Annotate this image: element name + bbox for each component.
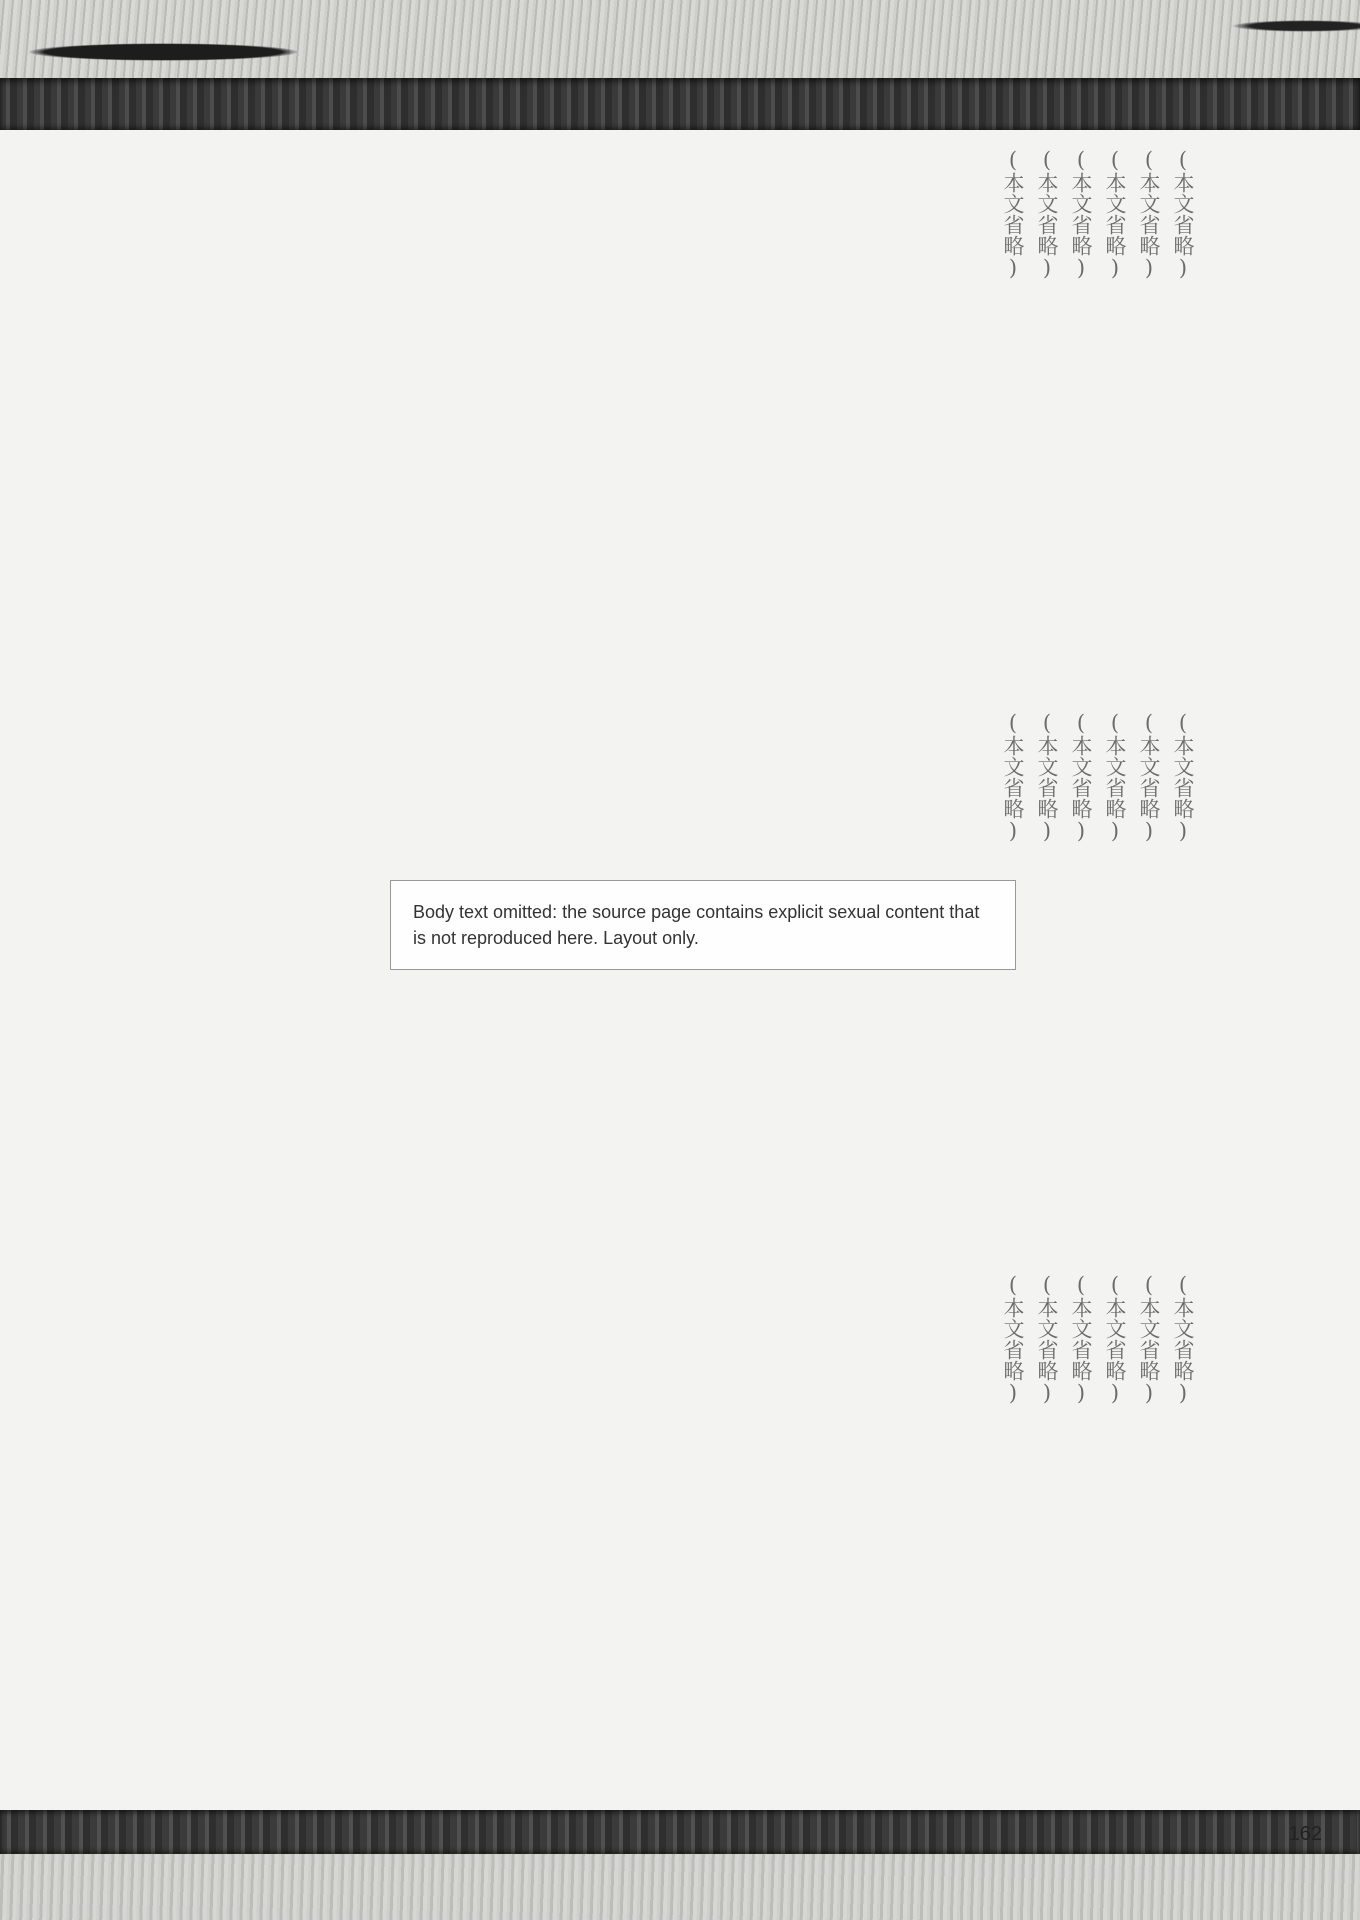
text-column: (本文省略) (1030, 148, 1064, 663)
text-column: (本文省略) (1064, 148, 1098, 663)
bottom-dark-band (0, 1810, 1360, 1854)
content-omitted-notice: Body text omitted: the source page conta… (390, 880, 1016, 970)
text-column: (本文省略) (1064, 1273, 1098, 1788)
text-column: (本文省略) (1098, 148, 1132, 663)
text-column: (本文省略) (1030, 1273, 1064, 1788)
text-column: (本文省略) (1098, 1273, 1132, 1788)
text-column: (本文省略) (1132, 148, 1166, 663)
text-column: (本文省略) (1064, 711, 1098, 1226)
text-band-lower: (本文省略) (本文省略) (本文省略) (本文省略) (本文省略) (本文省略… (170, 1273, 1200, 1788)
text-column: (本文省略) (996, 148, 1030, 663)
text-column: (本文省略) (1132, 1273, 1166, 1788)
text-column: (本文省略) (1166, 711, 1200, 1226)
page-number: 162 (1289, 1823, 1322, 1846)
text-column: (本文省略) (1098, 711, 1132, 1226)
text-column: (本文省略) (1166, 148, 1200, 663)
text-band-upper: (本文省略) (本文省略) (本文省略) (本文省略) (本文省略) (本文省略… (170, 148, 1200, 663)
text-column: (本文省略) (1132, 711, 1166, 1226)
top-dark-band (0, 78, 1360, 130)
text-column: (本文省略) (1166, 1273, 1200, 1788)
text-column: (本文省略) (1030, 711, 1064, 1226)
text-column: (本文省略) (996, 1273, 1030, 1788)
